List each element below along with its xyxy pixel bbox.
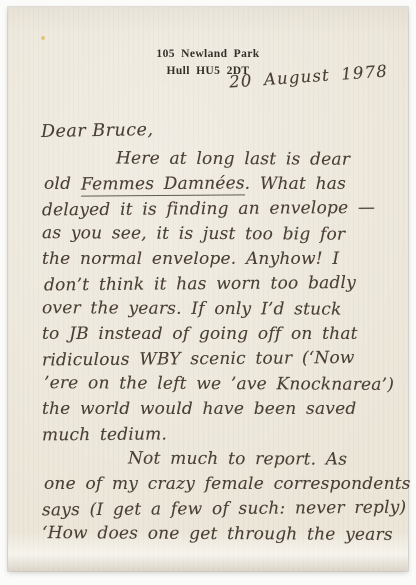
ink-showthrough <box>8 267 36 281</box>
ink-showthrough <box>10 219 44 233</box>
letter-line: as you see, it is just too big for <box>42 221 398 248</box>
letterhead-address-line1: 105 Newland Park <box>8 46 408 63</box>
letter-line: ’ere on the left we ’ave Knocknarea’) <box>44 371 398 398</box>
letter-line: delayed it is finding an envelope — <box>42 196 398 224</box>
letter-body: Here at long last is dear old Femmes Dam… <box>42 147 398 547</box>
letter-line: to JB instead of going off on that <box>42 322 398 347</box>
letter-line: says (I get a few of such: never reply) <box>42 496 398 524</box>
letter-line: over the years. If only I’d stuck <box>42 296 398 323</box>
letter-line-text: . What has <box>245 174 346 194</box>
letter-line: old Femmes Damnées. What has <box>44 172 398 197</box>
salutation: Dear Bruce, <box>41 120 154 142</box>
ink-showthrough <box>326 106 409 127</box>
letter-line: much tedium. <box>42 421 398 449</box>
letter-line: Not much to report. As <box>42 446 398 473</box>
letter-line: ridiculous WBY scenic tour (‘Now <box>42 346 398 374</box>
paper-speck <box>41 36 45 40</box>
letter-paper: 105 Newland Park Hull HU5 2DT 20 August … <box>8 7 408 571</box>
underlined-poem-title: Femmes Damnées <box>81 174 245 196</box>
letter-line: the world would have been saved <box>42 397 398 422</box>
letter-line: don’t think it has worn too badly <box>44 271 398 299</box>
letter-line: one of my crazy female correspondents <box>44 472 398 497</box>
letter-line-text: old <box>44 174 81 194</box>
letter-line: ‘How does one get through the years <box>42 521 398 548</box>
letter-line: the normal envelope. Anyhow! I <box>42 247 398 272</box>
letter-line: Here at long last is dear <box>42 146 398 173</box>
